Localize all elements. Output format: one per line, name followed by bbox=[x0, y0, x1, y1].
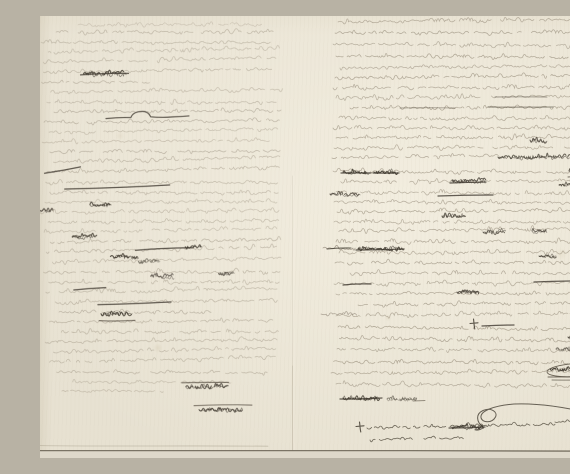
handwritten-line bbox=[358, 301, 570, 308]
footnote-line bbox=[370, 436, 463, 442]
handwritten-line bbox=[338, 325, 570, 331]
handwritten-line bbox=[44, 267, 280, 277]
handwritten-line bbox=[56, 28, 273, 36]
handwritten-line bbox=[50, 188, 278, 197]
handwritten-line bbox=[62, 389, 163, 393]
dash-mark bbox=[413, 401, 425, 402]
handwritten-line bbox=[334, 145, 570, 151]
handwritten-line bbox=[334, 280, 570, 286]
handwritten-line bbox=[42, 137, 274, 145]
handwritten-line bbox=[49, 355, 275, 363]
hump-over-word-mark bbox=[106, 111, 189, 119]
handwritten-line bbox=[334, 219, 570, 224]
underline-mark bbox=[182, 382, 229, 383]
handwritten-line bbox=[78, 21, 262, 28]
handwritten-line bbox=[333, 125, 570, 131]
handwritten-line bbox=[41, 37, 270, 46]
handwritten-line bbox=[44, 226, 277, 234]
handwritten-line bbox=[333, 42, 570, 49]
handwritten-line bbox=[336, 53, 570, 59]
handwritten-line bbox=[331, 368, 570, 374]
handwritten-line bbox=[50, 147, 280, 155]
center-fold-crease bbox=[293, 176, 295, 450]
handwritten-line bbox=[53, 155, 279, 164]
correction-word bbox=[531, 139, 548, 143]
handwritten-line bbox=[49, 317, 276, 324]
handwritten-line bbox=[336, 381, 570, 388]
insertion-cross-mark bbox=[356, 422, 364, 432]
handwriting-layer bbox=[40, 16, 570, 458]
handwritten-line bbox=[336, 291, 570, 295]
handwritten-line bbox=[61, 327, 278, 336]
sheet-bottom-edge bbox=[40, 446, 570, 458]
handwritten-line bbox=[47, 97, 276, 106]
handwritten-line bbox=[335, 30, 570, 36]
handwritten-line bbox=[334, 359, 570, 365]
strikethrough-mark bbox=[74, 288, 106, 290]
handwritten-line bbox=[339, 335, 570, 342]
handwritten-line bbox=[334, 199, 570, 204]
handwritten-line bbox=[53, 346, 275, 354]
handwritten-line bbox=[333, 84, 570, 90]
handwritten-line bbox=[42, 79, 155, 84]
handwritten-line bbox=[55, 297, 277, 304]
strikethrough-mark bbox=[534, 281, 570, 282]
underline-mark bbox=[194, 405, 252, 406]
sheet-bottom-edge-line bbox=[40, 451, 570, 452]
handwritten-line bbox=[336, 311, 570, 318]
strikethrough-mark bbox=[438, 195, 493, 196]
handwritten-line bbox=[51, 87, 283, 95]
handwritten-line bbox=[44, 118, 279, 126]
handwritten-line bbox=[335, 259, 570, 265]
surface-below-sheet bbox=[40, 451, 570, 458]
footnote-line bbox=[555, 418, 570, 423]
handwritten-line bbox=[340, 64, 570, 70]
handwritten-line bbox=[338, 17, 570, 24]
handwritten-line bbox=[48, 217, 279, 224]
strikethrough-mark bbox=[343, 284, 371, 285]
manuscript-scan bbox=[40, 16, 570, 458]
handwritten-line bbox=[337, 347, 570, 352]
handwritten-line bbox=[45, 197, 277, 205]
handwritten-line bbox=[332, 154, 498, 159]
strikethrough-mark bbox=[482, 325, 514, 326]
strikethrough-mark bbox=[65, 185, 170, 189]
sheet-edge-crease bbox=[40, 446, 268, 447]
handwritten-line bbox=[43, 67, 271, 74]
right-page-handwriting bbox=[331, 17, 570, 388]
correction-word bbox=[151, 273, 174, 278]
handwritten-line bbox=[335, 73, 570, 80]
handwritten-line bbox=[337, 207, 570, 214]
left-page-handwriting bbox=[40, 21, 286, 394]
handwritten-line bbox=[336, 238, 570, 245]
handwritten-line bbox=[52, 256, 281, 264]
handwritten-line bbox=[339, 116, 570, 121]
handwritten-line bbox=[57, 368, 268, 377]
handwritten-line bbox=[47, 166, 280, 174]
marginal-notes bbox=[321, 245, 357, 316]
handwritten-line bbox=[48, 45, 279, 54]
handwritten-line bbox=[49, 127, 278, 135]
handwritten-line bbox=[43, 55, 276, 64]
handwritten-line bbox=[54, 107, 281, 114]
handwritten-line bbox=[59, 308, 211, 315]
handwritten-line bbox=[40, 207, 279, 215]
handwritten-line bbox=[350, 270, 570, 276]
correction-word bbox=[90, 204, 111, 207]
footnote bbox=[356, 418, 570, 442]
handwritten-line bbox=[45, 336, 277, 344]
